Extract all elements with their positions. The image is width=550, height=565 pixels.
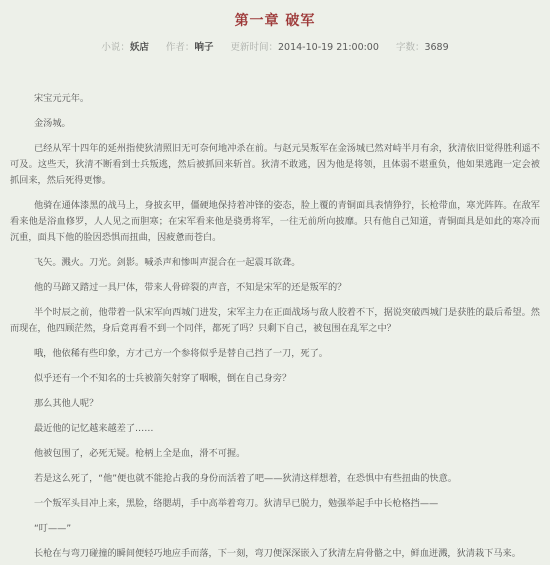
- paragraph: 飞矢。溅火。刀光。剑影。喊杀声和惨叫声混合在一起震耳欲聋。: [10, 255, 540, 271]
- word-count-value: 3689: [424, 42, 448, 53]
- paragraph: 最近他的记忆越来越差了……: [10, 421, 540, 437]
- paragraph: 宋宝元元年。: [10, 91, 540, 107]
- paragraph: “叮——”: [10, 521, 540, 537]
- chapter-body: 宋宝元元年。金汤城。已经从军十四年的延州指使狄清照旧无可奈何地冲杀在前。与赵元昊…: [0, 91, 550, 562]
- paragraph: 半个时辰之前，他带着一队宋军向西城门进发，宋军主力在正面战场与敌人胶着不下，据说…: [10, 305, 540, 337]
- paragraph: 似乎还有一个不知名的士兵被箭矢射穿了咽喉，倒在自己身旁？: [10, 371, 540, 387]
- chapter-meta-bar: 小说：妖店 作者：响子 更新时间：2014-10-19 21:00:00 字数：…: [0, 42, 550, 54]
- paragraph: 他被包围了，必死无疑。枪柄上全是血，滑不可握。: [10, 446, 540, 462]
- paragraph: 金汤城。: [10, 116, 540, 132]
- update-time-label: 更新时间：: [230, 42, 278, 53]
- paragraph: 长枪在与弯刀碰撞的瞬间便轻巧地应手而落，下一刻，弯刀便深深嵌入了狄清左肩骨骼之中…: [10, 546, 540, 562]
- word-count-label: 字数：: [396, 42, 425, 53]
- paragraph: 他骑在通体漆黑的战马上，身披玄甲，僵硬地保持着冲锋的姿态，脸上覆的青铜面具表情狰…: [10, 198, 540, 246]
- meta-updated: 更新时间：2014-10-19 21:00:00: [230, 42, 378, 54]
- author-label: 作者：: [166, 42, 195, 53]
- chapter-title: 第一章 破军: [0, 13, 550, 29]
- update-time-value: 2014-10-19 21:00:00: [278, 42, 379, 53]
- author-name-link[interactable]: 响子: [194, 42, 213, 53]
- meta-wordcount: 字数：3689: [396, 42, 449, 54]
- paragraph: 哦，他依稀有些印象，方才己方一个参将似乎是替自己挡了一刀，死了。: [10, 346, 540, 362]
- paragraph: 那么其他人呢？: [10, 396, 540, 412]
- paragraph: 已经从军十四年的延州指使狄清照旧无可奈何地冲杀在前。与赵元昊叛军在金汤城已然对峙…: [10, 141, 540, 189]
- paragraph: 若是这么死了，“他”便也就不能抢占我的身份而活着了吧——狄清这样想着，在恐惧中有…: [10, 471, 540, 487]
- paragraph: 一个叛军头目冲上来，黑脸，络腮胡，手中高举着弯刀。狄清早已脱力，勉强举起手中长枪…: [10, 496, 540, 512]
- novel-name-link[interactable]: 妖店: [130, 42, 149, 53]
- novel-label: 小说：: [101, 42, 130, 53]
- meta-novel: 小说：妖店: [101, 42, 149, 54]
- novel-chapter-page: 第一章 破军 小说：妖店 作者：响子 更新时间：2014-10-19 21:00…: [0, 0, 550, 565]
- paragraph: 他的马蹄又踏过一具尸体，带来人骨碎裂的声音，不知是宋军的还是叛军的？: [10, 280, 540, 296]
- meta-author: 作者：响子: [166, 42, 214, 54]
